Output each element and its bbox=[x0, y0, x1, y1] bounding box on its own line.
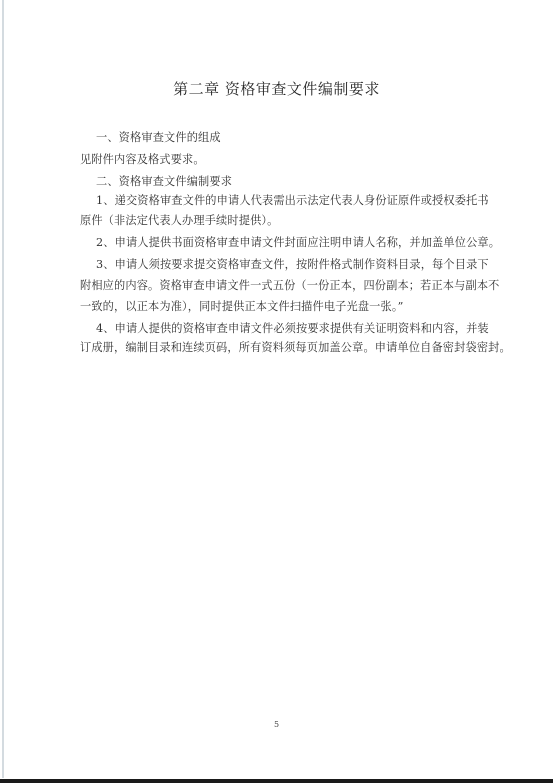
page-left-edge bbox=[2, 0, 4, 778]
paragraph-line: 4、申请人提供的资格审查申请文件必须按要求提供有关证明资料和内容，并装 bbox=[96, 320, 489, 336]
paragraph-line: 一致的，以正本为准），同时提供正本文件扫描件电子光盘一张。” bbox=[80, 298, 403, 314]
paragraph-line: 附相应的内容。资格审查申请文件一式五份（一份正本，四份副本；若正本与副本不 bbox=[80, 277, 500, 293]
section-heading-1: 一、资格审查文件的组成 bbox=[96, 129, 221, 145]
page-bottom-border bbox=[0, 779, 553, 783]
paragraph-line: 2、申请人提供书面资格审查申请文件封面应注明申请人名称，并加盖单位公章。 bbox=[96, 234, 500, 250]
section-heading-2: 二、资格审查文件编制要求 bbox=[96, 173, 232, 189]
paragraph-line: 订成册，编制目录和连续页码，所有资料须每页加盖公章。申请单位自备密封袋密封。 bbox=[80, 339, 511, 355]
paragraph-line: 原件（非法定代表人办理手续时提供）。 bbox=[80, 212, 278, 228]
page-number: 5 bbox=[0, 720, 553, 729]
paragraph-line: 见附件内容及格式要求。 bbox=[80, 151, 205, 167]
paragraph-line: 1、递交资格审查文件的申请人代表需出示法定代表人身份证原件或授权委托书 bbox=[96, 192, 489, 208]
paragraph-line: 3、申请人须按要求提交资格审查文件，按附件格式制作资料目录，每个目录下 bbox=[96, 256, 489, 272]
chapter-title: 第二章 资格审查文件编制要求 bbox=[0, 78, 553, 99]
